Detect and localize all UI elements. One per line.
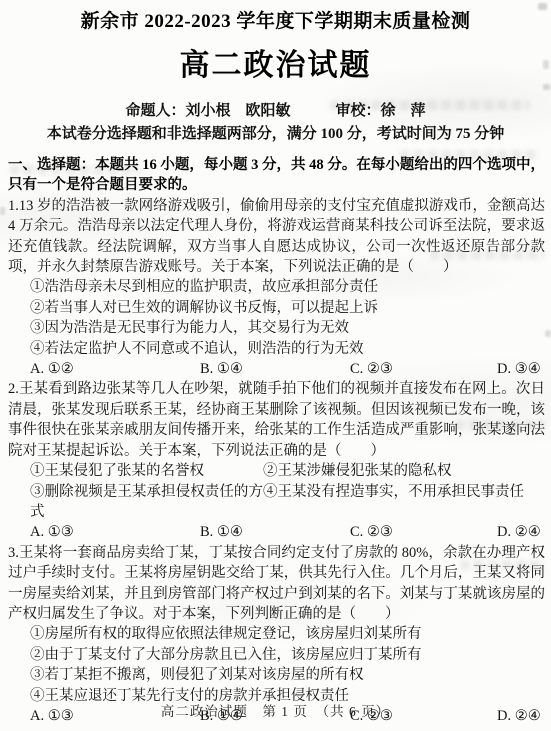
question-2-choice-c: C. ②③	[350, 522, 497, 542]
exam-info-line: 本试卷分选择题和非选择题两部分，满分 100 分，考试时间为 75 分钟	[0, 122, 551, 143]
question-1-stem: 1.13 岁的浩浩被一款网络游戏吸引，偷偷用母亲的支付宝充值虚拟游戏币，金额高达…	[8, 196, 545, 278]
question-3-item-3: ③若丁某拒不搬离，则侵犯了刘某对该房屋的所有权	[30, 665, 545, 685]
question-1-item-2: ②若当事人对已生效的调解协议书反悔，可以提起上诉	[30, 298, 545, 318]
question-2: 2.王某看到路边张某等几人在吵架，就随手拍下他们的视频并直接发布在网上。次日清晨…	[8, 379, 545, 542]
question-2-items: ①王某侵犯了张某的名誉权 ②王某涉嫌侵犯张某的隐私权 ③删除视频是王某承担侵权责…	[8, 461, 545, 522]
question-1-choices: A. ①② B. ①④ C. ②③ D. ③④	[8, 359, 545, 379]
question-1-item-3: ③因为浩浩是无民事行为能力人，其交易行为无效	[30, 318, 545, 338]
question-3-stem: 3.王某将一套商品房卖给丁某，丁某按合同约定支付了房款的 80%，余款在办理产权…	[8, 543, 545, 625]
exam-paper-page: 新余市 2022-2023 学年度下学期期末质量检测 高二政治试题 命题人：刘小…	[0, 0, 551, 731]
exam-title: 新余市 2022-2023 学年度下学期期末质量检测	[0, 6, 551, 33]
question-3-item-2: ②由于丁某支付了大部分房款且已入住，该房屋应归丁某所有	[30, 645, 545, 665]
exam-header: 新余市 2022-2023 学年度下学期期末质量检测 高二政治试题 命题人：刘小…	[0, 6, 551, 143]
question-2-stem: 2.王某看到路边张某等几人在吵架，就随手拍下他们的视频并直接发布在网上。次日清晨…	[8, 379, 545, 461]
question-3-item-1: ①房屋所有权的取得应依照法律规定登记，该房屋归刘某所有	[30, 624, 545, 644]
page-footer: 高二政治试题 第 1 页 （共 6 页）	[0, 700, 551, 720]
question-2-choice-d: D. ②④	[497, 522, 545, 542]
question-2-choice-a: A. ①③	[30, 522, 200, 542]
question-2-item-3: ③删除视频是王某承担侵权责任的方式	[30, 482, 263, 523]
exam-authors-line: 命题人：刘小根 欧阳敏 审校：徐 萍	[0, 99, 551, 120]
section-heading: 一、选择题：本题共 16 小题，每小题 3 分，共 48 分。在每小题给出的四个…	[8, 155, 545, 196]
question-2-choice-b: B. ①④	[200, 522, 350, 542]
question-1: 1.13 岁的浩浩被一款网络游戏吸引，偷偷用母亲的支付宝充值虚拟游戏币，金额高达…	[8, 196, 545, 380]
question-1-choice-c: C. ②③	[350, 359, 497, 379]
question-2-choices: A. ①③ B. ①④ C. ②③ D. ②④	[8, 522, 545, 542]
exam-subject-title: 高二政治试题	[0, 40, 551, 84]
question-1-choice-a: A. ①②	[30, 359, 200, 379]
question-2-item-4: ④王某没有捏造事实，不用承担民事责任	[263, 482, 545, 523]
question-3: 3.王某将一套商品房卖给丁某，丁某按合同约定支付了房款的 80%，余款在办理产权…	[8, 543, 545, 727]
question-1-items: ①浩浩母亲未尽到相应的监护职责，故应承担部分责任 ②若当事人对已生效的调解协议书…	[8, 277, 545, 359]
question-2-item-1: ①王某侵犯了张某的名誉权	[30, 461, 263, 481]
question-1-item-4: ④若法定监护人不同意或不追认，则浩浩的行为无效	[30, 339, 545, 359]
question-1-item-1: ①浩浩母亲未尽到相应的监护职责，故应承担部分责任	[30, 277, 545, 297]
question-2-item-2: ②王某涉嫌侵犯张某的隐私权	[263, 461, 545, 481]
questions-area: 一、选择题：本题共 16 小题，每小题 3 分，共 48 分。在每小题给出的四个…	[0, 155, 551, 726]
question-3-items: ①房屋所有权的取得应依照法律规定登记，该房屋归刘某所有 ②由于丁某支付了大部分房…	[8, 624, 545, 706]
question-1-choice-b: B. ①④	[200, 359, 350, 379]
question-1-choice-d: D. ③④	[497, 359, 545, 379]
